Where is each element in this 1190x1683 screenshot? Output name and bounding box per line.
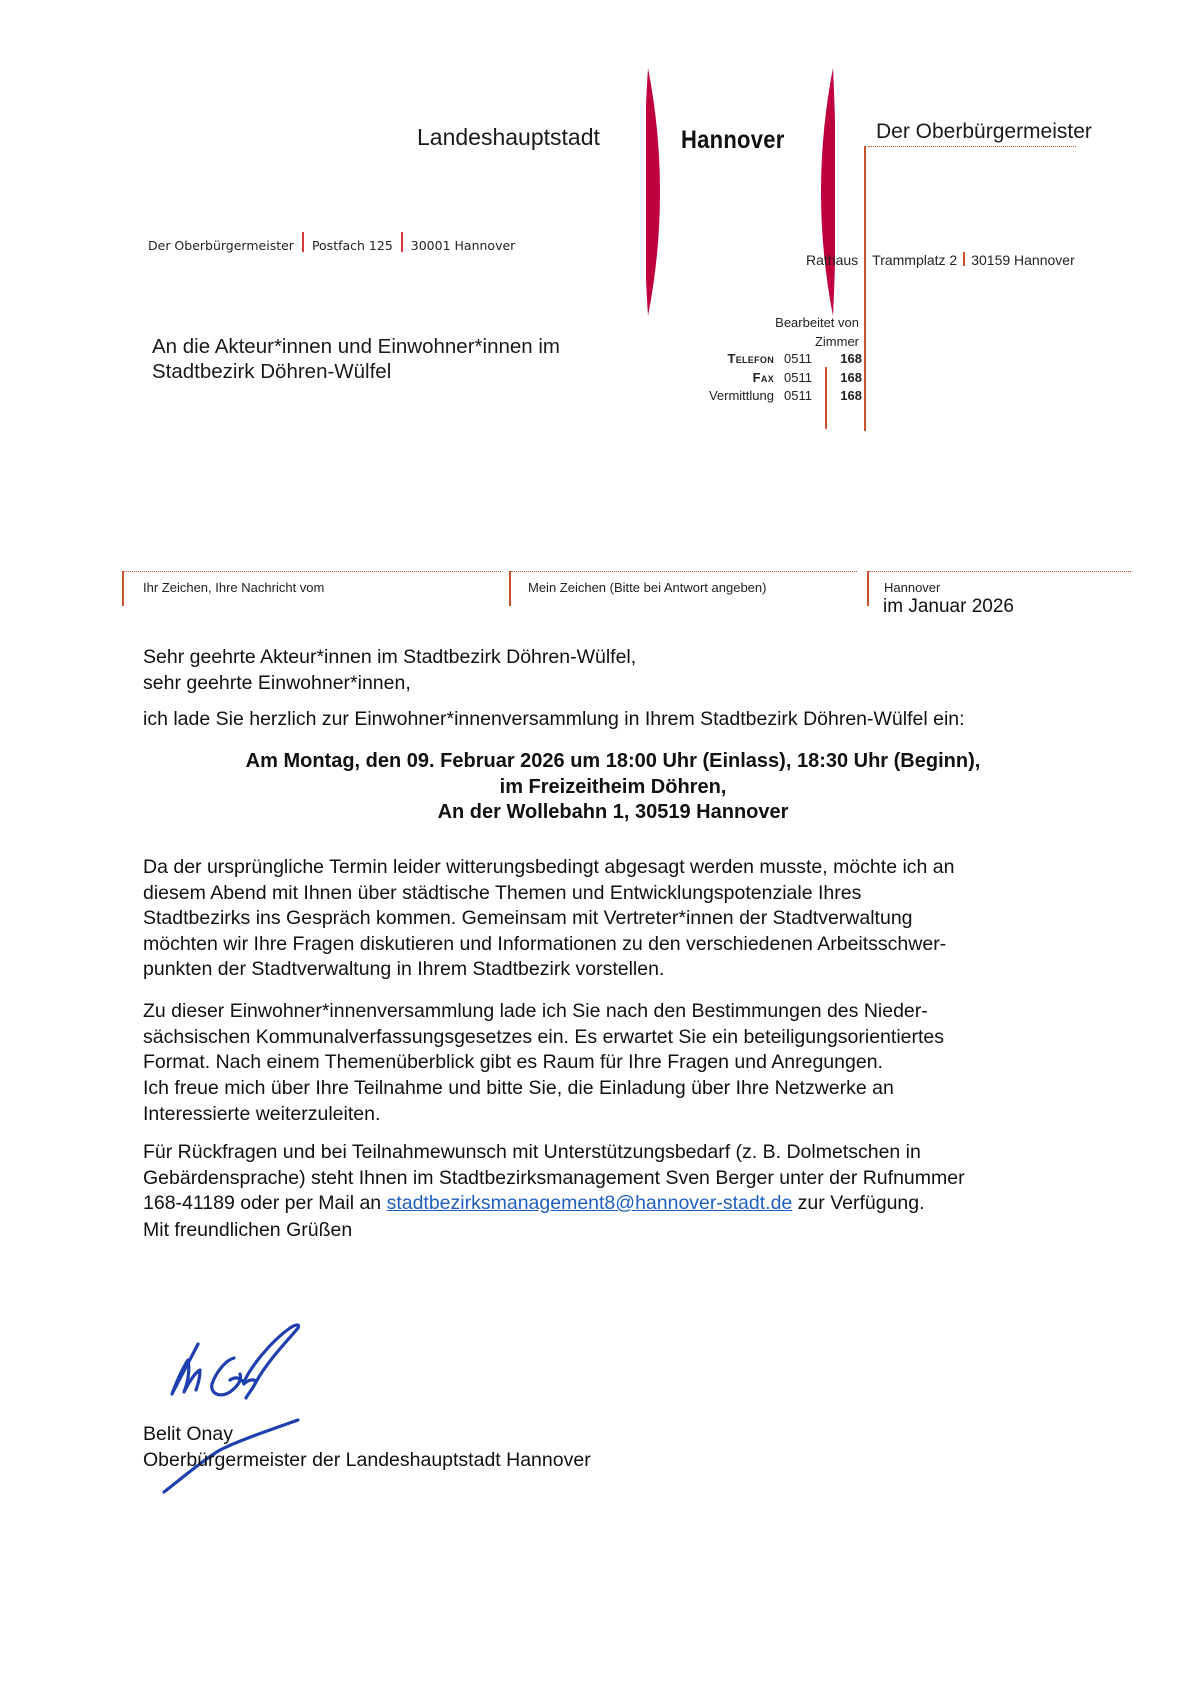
logo-right-arc-icon bbox=[815, 68, 835, 316]
reference-rule-1 bbox=[123, 571, 501, 572]
contact-row: Telefon 0511 168 bbox=[698, 350, 862, 369]
text-line: Format. Nach einem Themenüberblick gibt … bbox=[143, 1050, 944, 1076]
rathaus-street: Trammplatz 2 bbox=[872, 252, 957, 268]
separator bbox=[963, 252, 965, 266]
edited-by-label: Bearbeitet von bbox=[775, 314, 859, 333]
sender-city: 30001 Hannover bbox=[411, 238, 516, 253]
sender-office: Der Oberbürgermeister bbox=[148, 238, 294, 253]
paragraph-2: Zu dieser Einwohner*innenversammlung lad… bbox=[143, 999, 944, 1076]
contact-table: Telefon 0511 168 Fax 0511 168 Vermittlun… bbox=[698, 350, 862, 406]
text-fragment: zur Verfügung. bbox=[792, 1192, 924, 1214]
salutation-line: Sehr geehrte Akteur*innen im Stadtbezirk… bbox=[143, 645, 636, 671]
signer: Belit Onay Oberbürgermeister der Landesh… bbox=[143, 1422, 591, 1473]
contact-area-code: 0511 bbox=[784, 369, 824, 388]
signature-icon bbox=[150, 1320, 350, 1510]
reference-divider-3 bbox=[867, 571, 869, 606]
recipient-address: An die Akteur*innen und Einwohner*innen … bbox=[152, 334, 560, 384]
closing: Mit freundlichen Grüßen bbox=[143, 1218, 352, 1244]
recipient-line: An die Akteur*innen und Einwohner*innen … bbox=[152, 334, 560, 359]
text-line: diesem Abend mit Ihnen über städtische T… bbox=[143, 881, 955, 907]
contact-area-code: 0511 bbox=[784, 350, 824, 369]
text-line: 168-41189 oder per Mail an stadtbezirksm… bbox=[143, 1191, 965, 1217]
contact-area-code: 0511 bbox=[784, 387, 824, 406]
salutation-line: sehr geehrte Einwohner*innen, bbox=[143, 671, 636, 697]
letterhead-rule-dotted bbox=[868, 146, 1076, 147]
event-venue: im Freizeitheim Döhren, bbox=[143, 775, 1083, 801]
text-line: möchten wir Ihre Fragen diskutieren und … bbox=[143, 932, 955, 958]
text-line: Gebärdensprache) steht Ihnen im Stadtbez… bbox=[143, 1166, 965, 1192]
contact-label: Fax bbox=[698, 369, 784, 388]
paragraph-1: Da der ursprüngliche Termin leider witte… bbox=[143, 855, 955, 983]
text-line: Zu dieser Einwohner*innenversammlung lad… bbox=[143, 999, 944, 1025]
paragraph-4: Für Rückfragen und bei Teilnahmewunsch m… bbox=[143, 1140, 965, 1217]
contact-number: 168 bbox=[824, 387, 862, 406]
separator bbox=[401, 232, 403, 252]
room-label: Zimmer bbox=[775, 333, 859, 352]
contact-header: Bearbeitet von Zimmer bbox=[775, 314, 859, 351]
signer-title: Oberbürgermeister der Landeshauptstadt H… bbox=[143, 1448, 591, 1474]
sender-address-line: Der OberbürgermeisterPostfach 12530001 H… bbox=[148, 232, 515, 253]
reference-rule-2 bbox=[511, 571, 857, 572]
recipient-line: Stadtbezirk Döhren-Wülfel bbox=[152, 359, 560, 384]
text-fragment: 168-41189 oder per Mail an bbox=[143, 1192, 387, 1214]
event-details: Am Montag, den 09. Februar 2026 um 18:00… bbox=[143, 749, 1083, 826]
logo-text: Hannover bbox=[681, 126, 785, 155]
city-label: Landeshauptstadt bbox=[417, 124, 600, 151]
contact-number: 168 bbox=[824, 369, 862, 388]
salutation: Sehr geehrte Akteur*innen im Stadtbezirk… bbox=[143, 645, 636, 696]
office-title: Der Oberbürgermeister bbox=[876, 120, 1092, 144]
letterhead-rule-vertical bbox=[864, 146, 866, 431]
logo-left-arc-icon bbox=[646, 68, 670, 316]
text-line: Stadtbezirks ins Gespräch kommen. Gemein… bbox=[143, 906, 955, 932]
sender-postbox: Postfach 125 bbox=[312, 238, 393, 253]
your-reference-label: Ihr Zeichen, Ihre Nachricht vom bbox=[143, 580, 324, 595]
contact-row: Vermittlung 0511 168 bbox=[698, 387, 862, 406]
contact-label: Vermittlung bbox=[698, 387, 784, 406]
reference-divider-1 bbox=[122, 571, 124, 606]
event-address: An der Wollebahn 1, 30519 Hannover bbox=[143, 800, 1083, 826]
my-reference-label: Mein Zeichen (Bitte bei Antwort angeben) bbox=[528, 580, 766, 595]
contact-row: Fax 0511 168 bbox=[698, 369, 862, 388]
event-date-time: Am Montag, den 09. Februar 2026 um 18:00… bbox=[143, 749, 1083, 775]
signer-name: Belit Onay bbox=[143, 1422, 591, 1448]
reference-divider-2 bbox=[509, 571, 511, 606]
text-line: Da der ursprüngliche Termin leider witte… bbox=[143, 855, 955, 881]
rathaus-label: Rathaus bbox=[806, 252, 858, 268]
text-line: Für Rückfragen und bei Teilnahmewunsch m… bbox=[143, 1140, 965, 1166]
text-line: Interessierte weiterzuleiten. bbox=[143, 1102, 894, 1128]
rathaus-address-line: RathausTrammplatz 230159 Hannover bbox=[806, 252, 1075, 268]
text-line: punkten der Stadtverwaltung in Ihrem Sta… bbox=[143, 957, 955, 983]
contact-label: Telefon bbox=[698, 350, 784, 369]
contact-number: 168 bbox=[824, 350, 862, 369]
separator bbox=[302, 232, 304, 252]
contact-rule-inner bbox=[825, 367, 827, 429]
text-line: sächsischen Kommunalverfassungsgesetzes … bbox=[143, 1025, 944, 1051]
letter-date: im Januar 2026 bbox=[883, 596, 1014, 618]
text-line: Ich freue mich über Ihre Teilnahme und b… bbox=[143, 1076, 894, 1102]
email-link[interactable]: stadtbezirksmanagement8@hannover-stadt.d… bbox=[387, 1192, 793, 1214]
rathaus-city: 30159 Hannover bbox=[971, 252, 1075, 268]
reference-rule-3 bbox=[869, 571, 1131, 572]
intro-line: ich lade Sie herzlich zur Einwohner*inne… bbox=[143, 707, 965, 733]
place-label: Hannover bbox=[884, 580, 940, 595]
paragraph-3: Ich freue mich über Ihre Teilnahme und b… bbox=[143, 1076, 894, 1127]
